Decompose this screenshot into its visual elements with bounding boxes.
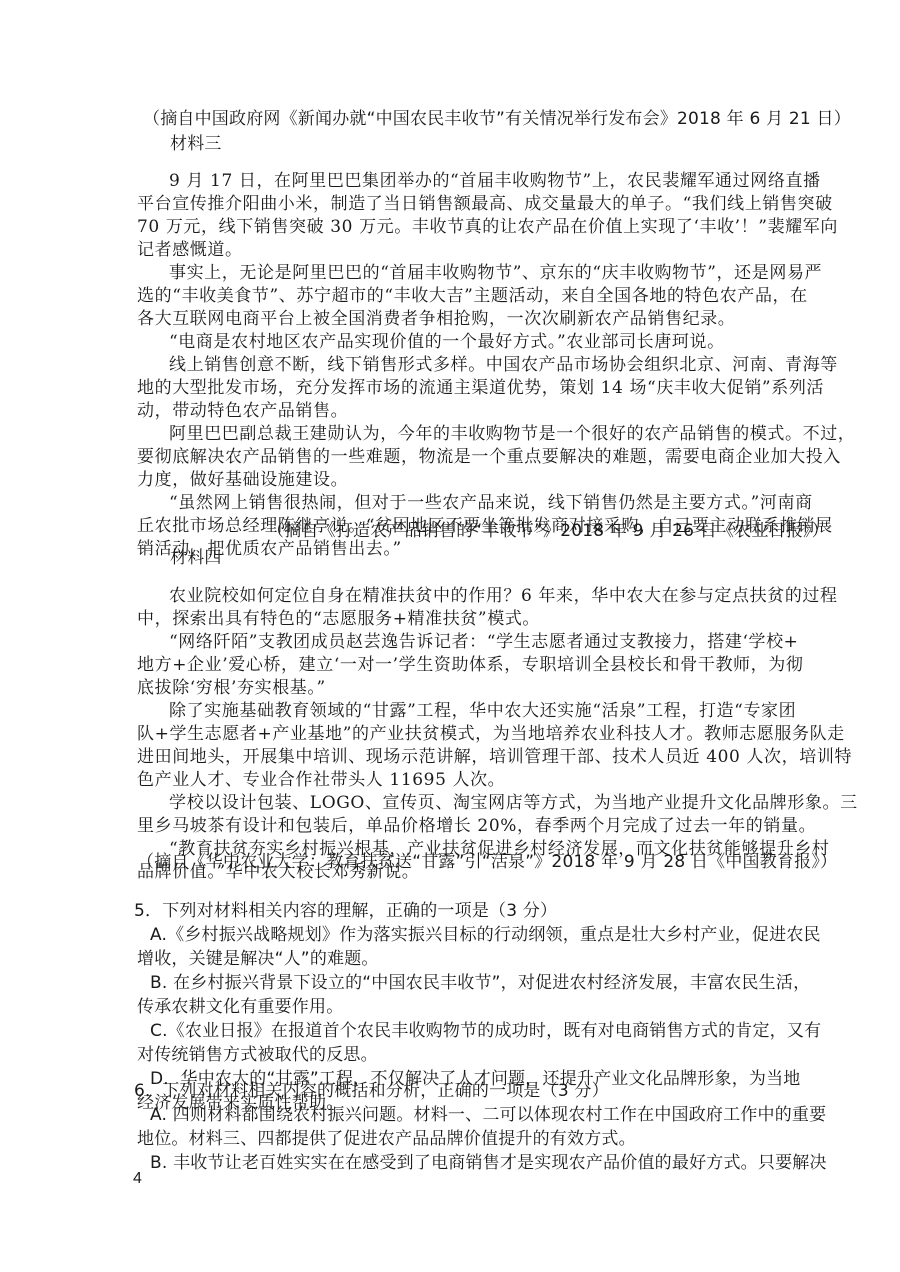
page-number: 4 — [133, 1170, 142, 1188]
material-3-heading: 材料三 — [170, 133, 222, 155]
material-3-line: 记者感慨道。 — [137, 239, 243, 261]
material-4-line: 色产业人才、专业合作社带头人 11695 人次。 — [137, 769, 505, 791]
source-citation-material-4: （摘自《华中农业大学：教育扶贫送“甘露”引“活泉”》2018 年 9 月 28 … — [137, 851, 837, 873]
material-3-line: 事实上，无论是阿里巴巴的“首届丰收购物节”、京东的“庆丰收购物节”，还是网易严 — [169, 262, 822, 284]
material-4-line: 学校以设计包装、LOGO、宣传页、淘宝网店等方式，为当地产业提升文化品牌形象。三 — [169, 792, 858, 814]
source-citation-material-2: （摘自中国政府网《新闻办就“中国农民丰收节”有关情况举行发布会》2018 年 6… — [143, 108, 851, 130]
question-5-option-a: A.《乡村振兴战略规划》作为落实振兴目标的行动纲领，重点是壮大乡村产业，促进农民 — [150, 924, 821, 946]
question-5-stem: 5．下列对材料相关内容的理解，正确的一项是（3 分） — [134, 900, 557, 922]
source-citation-material-3: （摘自《打造农产品销售的“丰收节”》2018 年 9 月 26 日《农业日报》） — [267, 520, 829, 542]
material-4-line: 除了实施基础教育领域的“甘露”工程，华中农大还实施“活泉”工程，打造“专家团 — [169, 700, 796, 722]
material-3-line: 各大互联网电商平台上被全国消费者争相抢购，一次次刷新农产品销售纪录。 — [137, 308, 735, 330]
question-5-option-b-cont: 传承农耕文化有重要作用。 — [137, 996, 343, 1018]
question-5-option-c: C.《农业日报》在报道首个农民丰收购物节的成功时，既有对电商销售方式的肯定，又有 — [150, 1020, 821, 1042]
material-3-line: 9 月 17 日，在阿里巴巴集团举办的“首届丰收购物节”上，农民裴耀军通过网络直… — [169, 170, 821, 192]
question-5-option-c-cont: 对传统销售方式被取代的反思。 — [137, 1044, 378, 1066]
material-4-line: 底拔除‘穷根’夯实根基。” — [137, 677, 326, 699]
material-3-line: “虽然网上销售很热闹，但对于一些农产品来说，线下销售仍然是主要方式。”河南商 — [169, 492, 813, 514]
material-3-line: 地的大型批发市场，充分发挥市场的流通主渠道优势，策划 14 场“庆丰收大促销”系… — [137, 377, 824, 399]
question-6-stem: 6．下列对材料相关内容的概括和分析，正确的一项是（3 分） — [134, 1080, 609, 1102]
question-6-option-a-cont: 地位。材料三、四都提供了促进农产品品牌价值提升的有效方式。 — [137, 1128, 636, 1150]
material-3-line: 力度，做好基础设施建设。 — [137, 469, 348, 491]
material-4-heading: 材料四 — [170, 547, 222, 569]
material-4-line: 地方+企业’爱心桥，建立‘一对一’学生资助体系，专职培训全县校长和骨干教师，为彻 — [137, 654, 803, 676]
question-6-option-a: A. 四则材料都围绕农村振兴问题。材料一、二可以体现农村工作在中国政府工作中的重… — [150, 1104, 826, 1126]
question-5-option-a-cont: 增收，关键是解决“人”的难题。 — [137, 948, 379, 970]
material-3-line: 动，带动特色农产品销售。 — [137, 400, 348, 422]
document-page: （摘自中国政府网《新闻办就“中国农民丰收节”有关情况举行发布会》2018 年 6… — [0, 0, 900, 1272]
material-3-line: “电商是农村地区农产品实现价值的一个最好方式。”农业部司长唐珂说。 — [169, 331, 725, 353]
material-3-line: 70 万元，线下销售突破 30 万元。丰收节真的让农产品在价值上实现了‘丰收’！… — [137, 216, 838, 238]
material-4-line: “网络阡陌”支教团成员赵芸逸告诉记者：“学生志愿者通过支教接力，搭建‘学校+ — [169, 631, 799, 653]
material-4-line: 农业院校如何定位自身在精准扶贫中的作用？6 年来，华中农大在参与定点扶贫的过程 — [169, 585, 838, 607]
material-3-line: 阿里巴巴副总裁王建勋认为，今年的丰收购物节是一个很好的农产品销售的模式。不过， — [169, 423, 855, 445]
material-4-line: 中，探索出具有特色的“志愿服务+精准扶贫”模式。 — [137, 608, 540, 630]
material-4-line: 进田间地头，开展集中培训、现场示范讲解，培训管理干部、技术人员近 400 人次，… — [137, 746, 852, 768]
material-3-line: 要彻底解决农产品销售的一些难题，物流是一个重点要解决的难题，需要电商企业加大投入 — [137, 446, 841, 468]
material-3-line: 线上销售创意不断，线下销售形式多样。中国农产品市场协会组织北京、河南、青海等 — [169, 354, 838, 376]
material-3-line: 选的“丰收美食节”、苏宁超市的“丰收大吉”主题活动，来自全国各地的特色农产品，在 — [137, 285, 808, 307]
material-3-line: 平台宣传推介阳曲小米，制造了当日销售额最高、成交量最大的单子。“我们线上销售突破 — [137, 193, 833, 215]
question-5-option-b: B. 在乡村振兴背景下设立的“中国农民丰收节”，对促进农村经济发展，丰富农民生活… — [150, 972, 810, 994]
material-4-line: 队+学生志愿者+产业基地”的产业扶贫模式，为当地培养农业科技人才。教师志愿服务队… — [137, 723, 845, 745]
material-4-line: 里乡马坡茶有设计和包装后，单品价格增长 20%，春季两个月完成了过去一年的销量。 — [137, 815, 816, 837]
question-6-option-b: B. 丰收节让老百姓实实在在感受到了电商销售才是实现农产品价值的最好方式。只要解… — [150, 1152, 827, 1174]
